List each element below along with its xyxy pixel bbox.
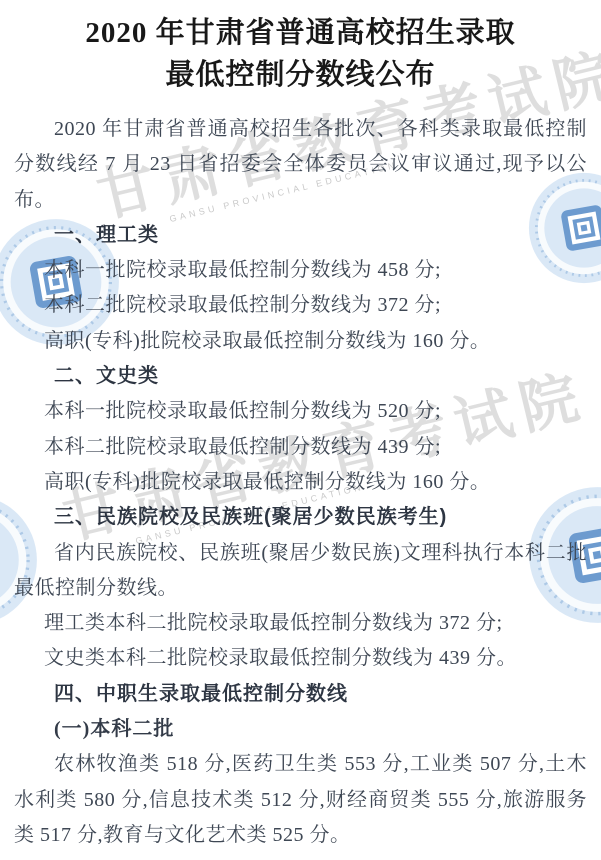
score-line: 本科二批院校录取最低控制分数线为 372 分;	[14, 288, 587, 323]
intro-paragraph: 2020 年甘肃省普通高校招生各批次、各科类录取最低控制分数线经 7 月 23 …	[14, 112, 587, 218]
score-line: 文史类本科二批院校录取最低控制分数线为 439 分。	[14, 641, 587, 676]
page-title-line2: 最低控制分数线公布	[165, 59, 435, 91]
score-line: 本科二批院校录取最低控制分数线为 439 分;	[14, 430, 587, 465]
subsection-heading-undergrad-batch2: (一)本科二批	[14, 712, 587, 747]
score-line: 本科一批院校录取最低控制分数线为 458 分;	[14, 253, 587, 288]
section-heading-science: 一、理工类	[14, 218, 587, 253]
score-line: 本科一批院校录取最低控制分数线为 520 分;	[14, 394, 587, 429]
score-line: 理工类本科二批院校录取最低控制分数线为 372 分;	[14, 606, 587, 641]
page-title: 2020 年甘肃省普通高校招生录取 最低控制分数线公布	[14, 12, 587, 96]
page-title-line1: 2020 年甘肃省普通高校招生录取	[85, 17, 515, 49]
section-heading-vocational: 四、中职生录取最低控制分数线	[14, 677, 587, 712]
score-line: 高职(专科)批院校录取最低控制分数线为 160 分。	[14, 465, 587, 500]
announcement-page: 甘肃省教育考试院 GANSU PROVINCIAL EDUCATION 甘肃省教…	[0, 0, 601, 860]
section-heading-ethnic: 三、民族院校及民族班(聚居少数民族考生)	[14, 500, 587, 535]
vocational-scores-paragraph: 农林牧渔类 518 分,医药卫生类 553 分,工业类 507 分,土木水利类 …	[14, 747, 587, 853]
section-heading-liberal-arts: 二、文史类	[14, 359, 587, 394]
document-body: 2020 年甘肃省普通高校招生录取 最低控制分数线公布 2020 年甘肃省普通高…	[0, 0, 601, 853]
section-note: 省内民族院校、民族班(聚居少数民族)文理科执行本科二批最低控制分数线。	[14, 536, 587, 607]
score-line: 高职(专科)批院校录取最低控制分数线为 160 分。	[14, 324, 587, 359]
